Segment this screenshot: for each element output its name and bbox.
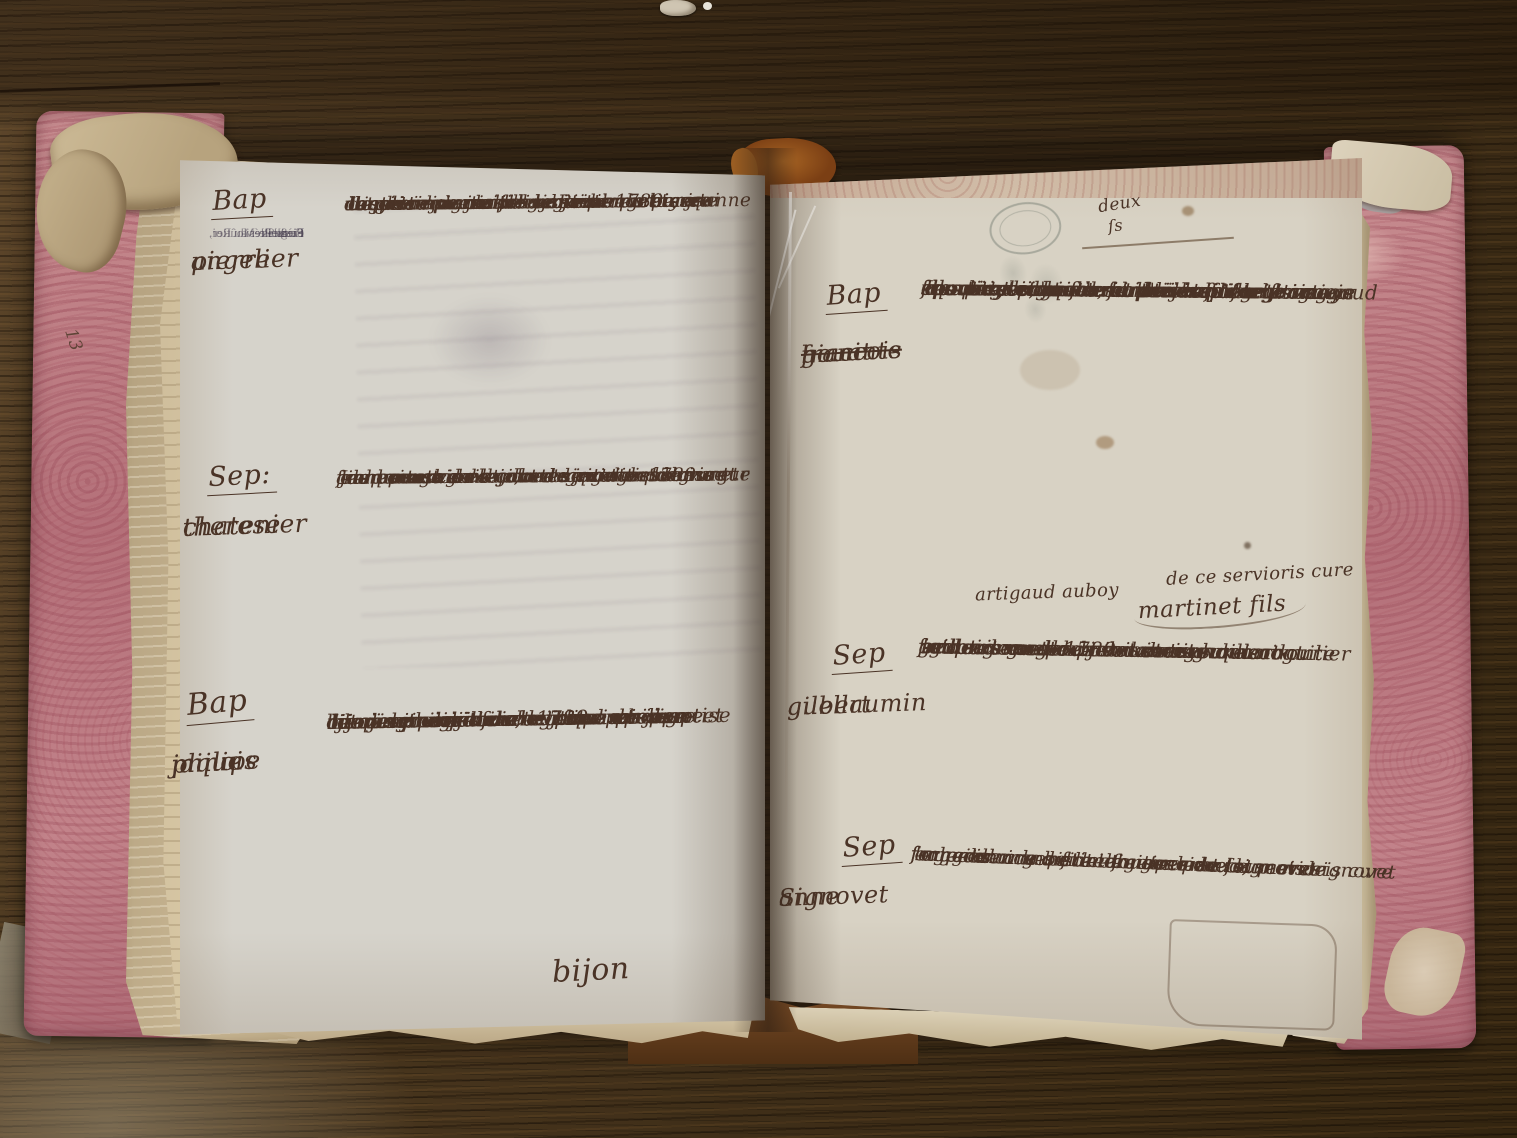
entry-text: Le onzieme jour de janvier 1789 a etebap… (348, 187, 768, 191)
wood-chip (660, 0, 696, 16)
fee-note-underline (1082, 237, 1234, 250)
entry-text: Le vingt un janvier 1789 a ete baptiseja… (330, 697, 770, 705)
baptism-heading: Bap (209, 183, 273, 220)
left-page-content: Bap pierre angelier Le onzieme jour de j… (180, 145, 765, 1040)
cure-signature: de ce servioris cure (1166, 559, 1355, 590)
burial-heading: Sep (839, 829, 902, 867)
fee-note-word: deux (1097, 191, 1143, 217)
manuscript-photo-scene: Feuilleser. & SConseiller du Roi,Siège P… (0, 0, 1517, 1138)
burial-heading: Sep: (205, 459, 277, 497)
entry-text: Le vingt cinq fevrier mil sept centquatr… (925, 272, 1355, 277)
witness-signature: bijon (551, 951, 630, 990)
baptism-heading: Bap (823, 277, 888, 315)
entry-text: Le quatorzieme jour de janvier 1789 a et… (340, 461, 770, 465)
fee-note-abbrev: ſs (1107, 215, 1124, 235)
right-page-content: deux ſs Bap francois hiacinte gouat Le v… (770, 150, 1362, 1045)
godparent-signature: artigaud auboy (975, 579, 1120, 605)
notarial-flourish-icon (1166, 919, 1338, 1031)
burial-heading: Sep (829, 637, 892, 675)
paper-speck (703, 2, 712, 10)
baptism-heading: Bap (183, 682, 254, 726)
entry-text: le deux mars 1789 a ete inhumegilbert gu… (922, 630, 1362, 638)
entry-text: le huit mars a ete inhume anne signoveta… (915, 839, 1375, 857)
